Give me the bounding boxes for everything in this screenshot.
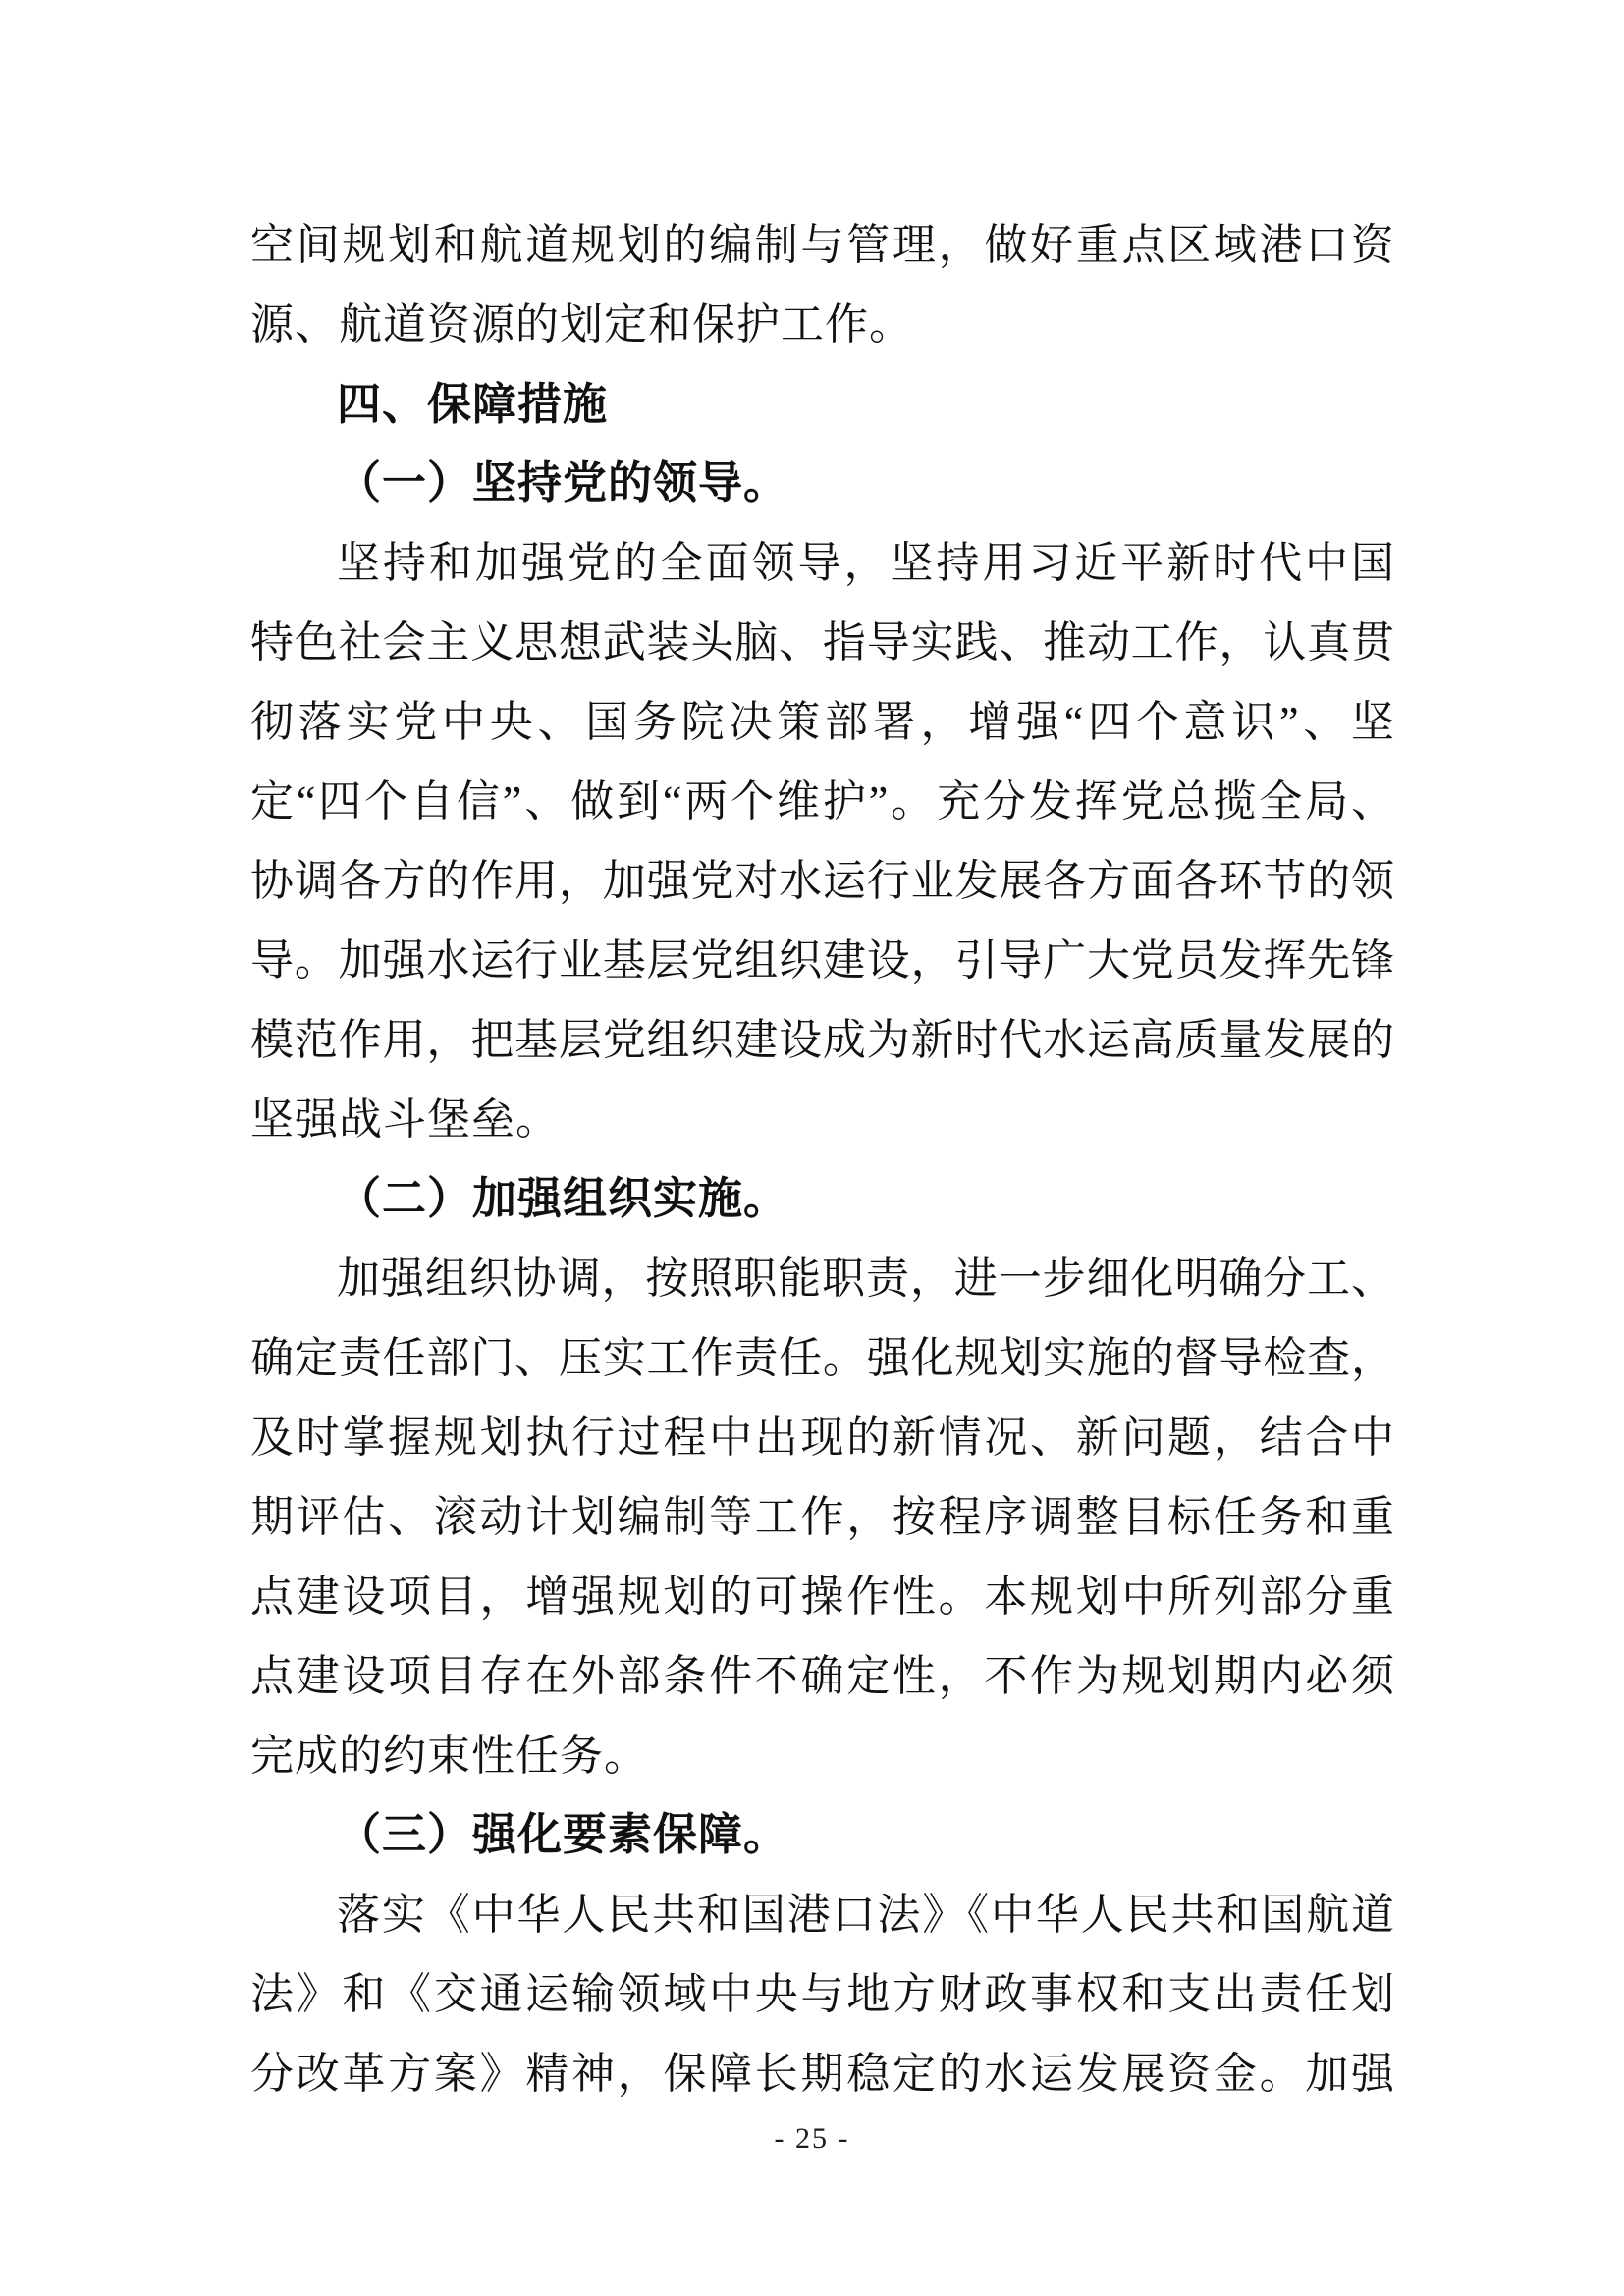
paragraph-line: 及时掌握规划执行过程中出现的新情况、新问题，结合中: [250, 1398, 1394, 1477]
paragraph-line: 加强组织协调，按照职能职责，进一步细化明确分工、: [250, 1239, 1394, 1318]
paragraph-line: 分改革方案》精神，保障长期稳定的水运发展资金。加强: [250, 2034, 1394, 2113]
paragraph-line: 坚持和加强党的全面领导，坚持用习近平新时代中国: [250, 523, 1394, 603]
paragraph-line: 完成的约束性任务。: [250, 1716, 1394, 1795]
document-page: 空间规划和航道规划的编制与管理，做好重点区域港口资 源、航道资源的划定和保护工作…: [0, 0, 1624, 2296]
paragraph-line: 源、航道资源的划定和保护工作。: [250, 285, 1394, 364]
section-heading: 四、保障措施: [250, 364, 1394, 444]
paragraph-line: 模范作用，把基层党组织建设成为新时代水运高质量发展的: [250, 1000, 1394, 1080]
paragraph-line: 落实《中华人民共和国港口法》《中华人民共和国航道: [250, 1875, 1394, 1954]
subsection-heading: （一）坚持党的领导。: [250, 444, 1394, 523]
document-content: 空间规划和航道规划的编制与管理，做好重点区域港口资 源、航道资源的划定和保护工作…: [250, 205, 1394, 2113]
paragraph-line: 点建设项目，增强规划的可操作性。本规划中所列部分重: [250, 1557, 1394, 1636]
paragraph-line: 彻落实党中央、国务院决策部署，增强“四个意识”、坚: [250, 682, 1394, 762]
paragraph-line: 导。加强水运行业基层党组织建设，引导广大党员发挥先锋: [250, 921, 1394, 1000]
page-footer: - 25 -: [0, 2122, 1624, 2156]
paragraph-line: 坚强战斗堡垒。: [250, 1080, 1394, 1159]
paragraph-line: 确定责任部门、压实工作责任。强化规划实施的督导检查，: [250, 1318, 1394, 1398]
paragraph-line: 点建设项目存在外部条件不确定性，不作为规划期内必须: [250, 1636, 1394, 1716]
subsection-heading: （二）加强组织实施。: [250, 1159, 1394, 1239]
paragraph-line: 空间规划和航道规划的编制与管理，做好重点区域港口资: [250, 205, 1394, 285]
paragraph-line: 法》和《交通运输领域中央与地方财政事权和支出责任划: [250, 1954, 1394, 2034]
paragraph-line: 期评估、滚动计划编制等工作，按程序调整目标任务和重: [250, 1477, 1394, 1557]
paragraph-line: 定“四个自信”、做到“两个维护”。充分发挥党总揽全局、: [250, 762, 1394, 841]
subsection-heading: （三）强化要素保障。: [250, 1795, 1394, 1875]
paragraph-line: 协调各方的作用，加强党对水运行业发展各方面各环节的领: [250, 841, 1394, 921]
page-number: - 25 -: [775, 2122, 850, 2155]
paragraph-line: 特色社会主义思想武装头脑、指导实践、推动工作，认真贯: [250, 603, 1394, 682]
